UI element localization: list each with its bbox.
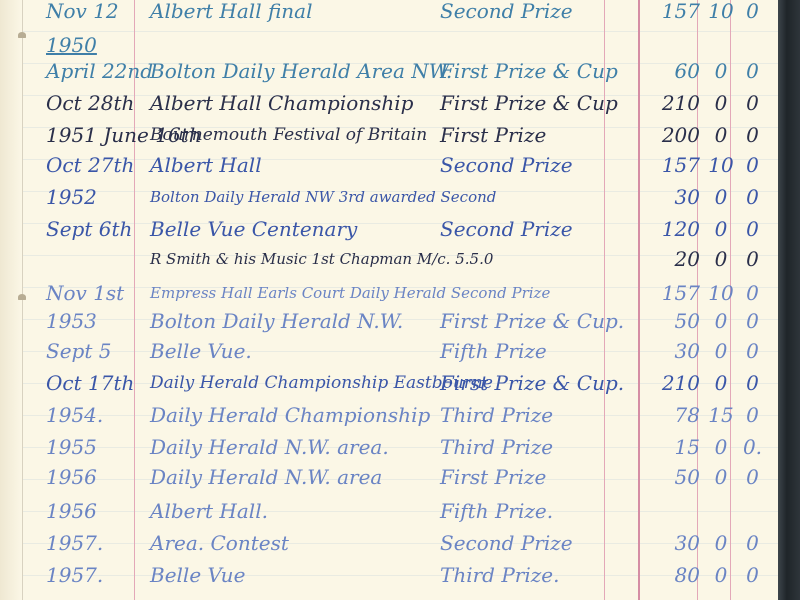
- ledger-row: April 22ndBolton Daily Herald Area NW.Fi…: [0, 56, 778, 86]
- entry-prize: Second Prize: [440, 150, 630, 180]
- entry-date: 1957.: [46, 528, 141, 558]
- entry-prize: Third Prize: [440, 400, 630, 430]
- entry-event: Belle Vue: [150, 560, 480, 590]
- entry-event: Albert Hall: [150, 150, 480, 180]
- entry-pence: 0: [740, 150, 765, 180]
- entry-prize: Second Prize: [440, 0, 630, 26]
- entry-date: 1956: [46, 462, 141, 492]
- entry-date: Nov 1st: [46, 278, 141, 308]
- entry-pounds: 15: [640, 432, 700, 462]
- entry-pounds: 200: [640, 120, 700, 150]
- entry-event: Bournemouth Festival of Britain: [150, 120, 480, 150]
- ledger-page: Nov 12Albert Hall finalSecond Prize15710…: [0, 0, 778, 600]
- entry-prize: Fifth Prize: [440, 336, 630, 366]
- entry-pounds: 50: [640, 462, 700, 492]
- entry-pence: 0: [740, 528, 765, 558]
- entry-date: 1954.: [46, 400, 141, 430]
- entry-shillings: 0: [706, 120, 736, 150]
- entry-date: Sept 6th: [46, 214, 141, 244]
- entry-event: Belle Vue.: [150, 336, 480, 366]
- entry-shillings: 0: [706, 462, 736, 492]
- entry-pounds: 157: [640, 0, 700, 26]
- entry-date: 1957.: [46, 560, 141, 590]
- entry-pence: 0: [740, 278, 765, 308]
- entry-pounds: 157: [640, 150, 700, 180]
- entry-prize: Fifth Prize.: [440, 496, 630, 526]
- entry-pence: 0: [740, 56, 765, 86]
- entry-shillings: 0: [706, 88, 736, 118]
- entry-pounds: 210: [640, 368, 700, 398]
- entry-pence: 0.: [740, 432, 765, 462]
- entry-pounds: 50: [640, 306, 700, 336]
- entry-shillings: 0: [706, 336, 736, 366]
- entry-pence: 0: [740, 88, 765, 118]
- entry-shillings: 0: [706, 182, 736, 212]
- entry-prize: First Prize & Cup.: [440, 306, 630, 336]
- entry-date: 1952: [46, 182, 141, 212]
- entry-event: Empress Hall Earls Court Daily Herald Se…: [150, 278, 480, 308]
- entry-pence: 0: [740, 368, 765, 398]
- entry-shillings: 0: [706, 560, 736, 590]
- entry-pence: 0: [740, 560, 765, 590]
- entry-event: Bolton Daily Herald NW 3rd awarded Secon…: [150, 182, 480, 212]
- entry-date: 1951 June 16th: [46, 120, 141, 150]
- entry-pounds: 78: [640, 400, 700, 430]
- entry-event: Belle Vue Centenary: [150, 214, 480, 244]
- entry-shillings: 0: [706, 56, 736, 86]
- ledger-row: Oct 17thDaily Herald Championship Eastbo…: [0, 368, 778, 398]
- entry-prize: Second Prize: [440, 214, 630, 244]
- entry-pence: 0: [740, 462, 765, 492]
- entry-prize: First Prize & Cup: [440, 56, 630, 86]
- entry-pence: 0: [740, 400, 765, 430]
- entry-date: Oct 27th: [46, 150, 141, 180]
- ledger-row: 1955Daily Herald N.W. area.Third Prize15…: [0, 432, 778, 462]
- entry-prize: First Prize: [440, 120, 630, 150]
- ledger-row: 1957.Area. ContestSecond Prize3000: [0, 528, 778, 558]
- ledger-row: Oct 27thAlbert HallSecond Prize157100: [0, 150, 778, 180]
- ledger-row: Nov 1stEmpress Hall Earls Court Daily He…: [0, 278, 778, 308]
- entry-event: Daily Herald N.W. area.: [150, 432, 480, 462]
- entry-pounds: 80: [640, 560, 700, 590]
- entry-date: 1953: [46, 306, 141, 336]
- ledger-row: 1957.Belle VueThird Prize.8000: [0, 560, 778, 590]
- entry-pounds: 210: [640, 88, 700, 118]
- entry-pounds: 60: [640, 56, 700, 86]
- entry-date: Sept 5: [46, 336, 141, 366]
- ledger-row: R Smith & his Music 1st Chapman M/c. 5.5…: [0, 244, 778, 274]
- entry-shillings: 0: [706, 432, 736, 462]
- entry-pounds: 30: [640, 336, 700, 366]
- entry-shillings: 0: [706, 306, 736, 336]
- ledger-row: 1954.Daily Herald ChampionshipThird Priz…: [0, 400, 778, 430]
- entry-pence: 0: [740, 120, 765, 150]
- entry-pence: 0: [740, 182, 765, 212]
- ledger-row: Oct 28thAlbert Hall ChampionshipFirst Pr…: [0, 88, 778, 118]
- entry-date: April 22nd: [46, 56, 141, 86]
- entry-pence: 0: [740, 214, 765, 244]
- entry-event: Area. Contest: [150, 528, 480, 558]
- entry-date: Oct 17th: [46, 368, 141, 398]
- ledger-row: 1956Daily Herald N.W. areaFirst Prize500…: [0, 462, 778, 492]
- entry-event: Daily Herald Championship: [150, 400, 480, 430]
- entry-prize: Third Prize.: [440, 560, 630, 590]
- entry-pounds: 30: [640, 182, 700, 212]
- entry-pounds: 157: [640, 278, 700, 308]
- entry-shillings: 10: [706, 0, 736, 26]
- ledger-row: 1951 June 16thBournemouth Festival of Br…: [0, 120, 778, 150]
- entry-prize: Second Prize: [440, 528, 630, 558]
- entry-shillings: 0: [706, 244, 736, 274]
- entry-shillings: 0: [706, 528, 736, 558]
- entry-prize: Third Prize: [440, 432, 630, 462]
- entry-pence: 0: [740, 306, 765, 336]
- entry-shillings: 0: [706, 214, 736, 244]
- entry-shillings: 10: [706, 150, 736, 180]
- entry-date: Oct 28th: [46, 88, 141, 118]
- entry-shillings: 0: [706, 368, 736, 398]
- entry-pounds: 30: [640, 528, 700, 558]
- entry-shillings: 10: [706, 278, 736, 308]
- entry-pence: 0: [740, 244, 765, 274]
- ledger-row: 1953Bolton Daily Herald N.W.First Prize …: [0, 306, 778, 336]
- ledger-row: Sept 6thBelle Vue CentenarySecond Prize1…: [0, 214, 778, 244]
- ledger-row: 1956Albert Hall.Fifth Prize.: [0, 496, 778, 526]
- ledger-row: 1952Bolton Daily Herald NW 3rd awarded S…: [0, 182, 778, 212]
- entry-event: Albert Hall final: [150, 0, 480, 26]
- entry-event: Albert Hall Championship: [150, 88, 480, 118]
- entry-event: Albert Hall.: [150, 496, 480, 526]
- entry-event: Daily Herald N.W. area: [150, 462, 480, 492]
- entry-pence: 0: [740, 0, 765, 26]
- entry-pence: 0: [740, 336, 765, 366]
- entry-shillings: 15: [706, 400, 736, 430]
- entry-event: Daily Herald Championship Eastbourne: [150, 368, 480, 398]
- ledger-row: Nov 12Albert Hall finalSecond Prize15710…: [0, 0, 778, 26]
- entry-event: R Smith & his Music 1st Chapman M/c. 5.5…: [150, 244, 480, 274]
- entry-prize: First Prize: [440, 462, 630, 492]
- entry-event: Bolton Daily Herald N.W.: [150, 306, 480, 336]
- entry-pounds: 20: [640, 244, 700, 274]
- entry-date: 1956: [46, 496, 141, 526]
- entry-prize: First Prize & Cup: [440, 88, 630, 118]
- entry-event: Bolton Daily Herald Area NW.: [150, 56, 480, 86]
- entry-date: Nov 12: [46, 0, 141, 26]
- entry-prize: First Prize & Cup.: [440, 368, 630, 398]
- book-spine: [778, 0, 800, 600]
- ledger-row: Sept 5Belle Vue.Fifth Prize3000: [0, 336, 778, 366]
- entry-pounds: 120: [640, 214, 700, 244]
- entry-date: 1955: [46, 432, 141, 462]
